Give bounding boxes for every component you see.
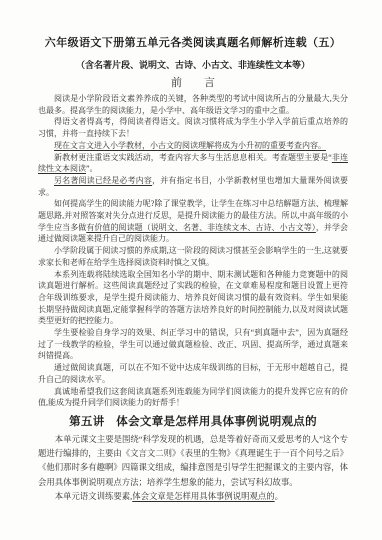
paragraph: 本单元课文主要是围绕“科学发现的机遇，总是等着好奇而又爱思考的人”这个专题进行编…: [38, 433, 348, 490]
underlined-text: 体会文章是怎样用具体事例说明观点的: [132, 492, 274, 501]
document-page: 六年级语文下册第五单元各类阅读真题名师解析连载（五） （含名著片段、说明文、古诗…: [0, 0, 382, 540]
document-subtitle: （含名著片段、说明文、古诗、小古文、非连续性文本等）: [38, 59, 348, 71]
paragraph: 如何提高学生的阅读能力呢?除了课堂教学，让学生在练习中总结解题方法、梳理解题思路…: [38, 198, 348, 245]
paragraph: 小学阶段属于阅读习惯的养成期,这一阶段的阅读习惯甚至会影响学生的一生,这就要求家…: [38, 245, 348, 268]
paragraph: 现在文言文进入小学教材，小古文的阅读理解将成为小升初的重要考查内容。: [38, 140, 348, 152]
paragraph: 本单元语文训练要素,体会文章是怎样用具体事例说明观点的。: [38, 490, 348, 504]
paragraph: 得语文者得高考，得阅读者得语文。阅读习惯将成为学生小学入学前后重点培养的习惯，并…: [38, 116, 348, 139]
text-segment: 学生要检验自身学习的效果、纠正学习中的错误，只有“到真题中去”，因为真题经过了一…: [38, 328, 348, 360]
text-segment: 通过做阅读真题，可以在不知不觉中达成年级训练的目标，于无形中超越自己，提升自己的…: [38, 363, 348, 384]
text-segment: 。: [275, 492, 283, 501]
paragraph: 另名著阅读已经是必考内容，并有指定书目，小学新教材里也增加大量课外阅读要求。: [38, 175, 348, 198]
underlined-text: 现在文言文进入小学教材，小古文的阅读理解将成为小升初的重要考查内容。: [54, 141, 326, 150]
paragraph: 通过做阅读真题，可以在不知不觉中达成年级训练的目标，于无形中超越自己，提升自己的…: [38, 362, 348, 385]
paragraph: 学生要检验自身学习的效果、纠正学习中的错误，只有“到真题中去”，因为真题经过了一…: [38, 327, 348, 362]
paragraph: 阅读是小学阶段语文素养养成的关键，各种类型的考试中阅读所占的分量最大,失分也最多…: [38, 93, 348, 116]
document-title: 六年级语文下册第五单元各类阅读真题名师解析连载（五）: [38, 36, 348, 51]
underlined-text: 有价值的阅读题（说明文、名著、非连续文本、古诗、小古文等）: [86, 223, 316, 232]
paragraph: 真诚地希望我们这套阅读真题系列连载能为同学们阅读能力的提升发挥它应有的价值,能成…: [38, 386, 348, 409]
preface-body: 阅读是小学阶段语文素养养成的关键，各种类型的考试中阅读所占的分量最大,失分也最多…: [38, 93, 348, 409]
text-segment: ”。: [86, 164, 98, 173]
text-segment: 得语文者得高考，得阅读者得语文。阅读习惯将成为学生小学入学前后重点培养的习惯，并…: [38, 117, 348, 138]
text-segment: 本单元课文主要是围绕“科学发现的机遇，总是等着好奇而又爱思考的人”这个专题进行编…: [38, 435, 348, 487]
preface-heading: 前 言: [38, 76, 348, 90]
text-segment: 阅读是小学阶段语文素养养成的关键，各种类型的考试中阅读所占的分量最大,失分也最多…: [38, 94, 348, 115]
section-heading: 第五讲 体会文章是怎样用具体事例说明观点的: [38, 415, 348, 430]
paragraph: 本系列连载将陆续选取全国知名小学的期中、期末测试题和各种能力竞赛题中的阅读真题进…: [38, 269, 348, 328]
underlined-text: 另名著阅读已经是必考内容: [54, 176, 152, 185]
paragraph: 新教材更注重语文实践活动，考查内容大多与生活息息相关。考查题型主要是“非连续性文…: [38, 152, 348, 175]
text-segment: 本单元语文训练要素,: [55, 492, 132, 501]
section-body: 本单元课文主要是围绕“科学发现的机遇，总是等着好奇而又爱思考的人”这个专题进行编…: [38, 433, 348, 504]
text-segment: 小学阶段属于阅读习惯的养成期,这一阶段的阅读习惯甚至会影响学生的一生,这就要求家…: [38, 246, 348, 267]
text-segment: 本系列连载将陆续选取全国知名小学的期中、期末测试题和各种能力竞赛题中的阅读真题进…: [38, 270, 348, 326]
text-segment: 新教材更注重语文实践活动，考查内容大多与生活息息相关。考查题型主要是“: [54, 153, 332, 162]
text-segment: 真诚地希望我们这套阅读真题系列连载能为同学们阅读能力的提升发挥它应有的价值,能成…: [38, 387, 348, 408]
